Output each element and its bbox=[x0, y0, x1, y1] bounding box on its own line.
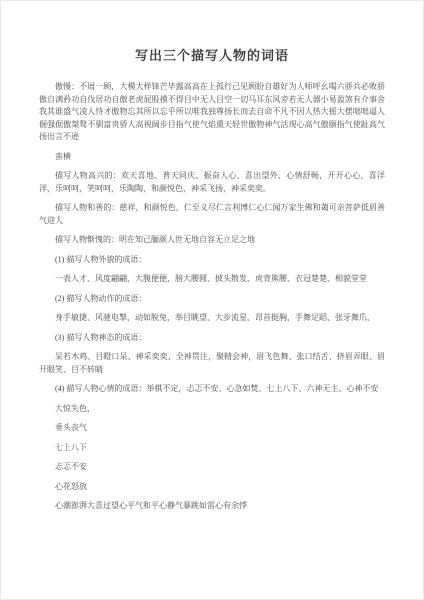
paragraph: (1) 描写人物外貌的成语： bbox=[39, 254, 385, 267]
paragraph: 忐忑不安 bbox=[39, 461, 385, 474]
paragraph: 身手敏捷、风驰电掣，动如脱兔，举目眺望、大步流星、昂首挺胸，手舞足蹈、张牙舞爪、 bbox=[39, 312, 385, 325]
paragraph: 垂头丧气 bbox=[39, 422, 385, 435]
paragraph: 大惊失色， bbox=[39, 403, 385, 416]
paragraph: 心花怒放 bbox=[39, 481, 385, 494]
paragraph: (2) 描写人物动作的成语： bbox=[39, 293, 385, 306]
paragraph: 七上八下 bbox=[39, 442, 385, 455]
paragraph: 描写人物惭愧的：明在知己腼颜人世无地自容无立足之地 bbox=[39, 234, 385, 247]
document-title: 写出三个描写人物的词语 bbox=[39, 45, 385, 64]
paragraph: 描写人物和善的：慈祥，和颜悦色，仁至义尽仁言利博仁心仁闻万家生佛和蔼可亲菩萨低眉… bbox=[39, 202, 385, 227]
paragraph: 呆若木鸡、目瞪口呆、神采奕奕、全神贯注，聚精会神，眉飞色舞、张口结舌、挤眉弄眼、… bbox=[39, 351, 385, 376]
paragraph: 傲慢：不屑一顾，大模大样锋芒毕露高高在上孤行己见顾盼自雄好为人师呼幺喝六骄兵必败… bbox=[39, 81, 385, 144]
paragraph: (4) 描写人物心情的成语：举棋不定，忐忑不安、心急如焚、七上八下、六神无主、心… bbox=[39, 383, 385, 396]
document-body: 傲慢：不屑一顾，大模大样锋芒毕露高高在上孤行己见顾盼自雄好为人师呼幺喝六骄兵必败… bbox=[39, 81, 385, 513]
paragraph: 描写人物高兴的：欢天喜地、普天同庆、振奋人心、喜出望外、心情舒畅，开开心心，喜洋… bbox=[39, 170, 385, 195]
paragraph: 心潮澎湃大喜过望心平气和平心静气暴跳如雷心有余悸 bbox=[39, 500, 385, 513]
document-page: 写出三个描写人物的词语 傲慢：不屑一顾，大模大样锋芒毕露高高在上孤行己见顾盼自雄… bbox=[0, 0, 424, 600]
paragraph: (3) 描写人物神态的成语： bbox=[39, 332, 385, 345]
paragraph: 蛮横 bbox=[39, 151, 385, 164]
paragraph: 一表人才、风度翩翩，大腹便便，膀大腰圆、披头散发、虎背熊腰、衣冠楚楚、相貌堂堂 bbox=[39, 273, 385, 286]
